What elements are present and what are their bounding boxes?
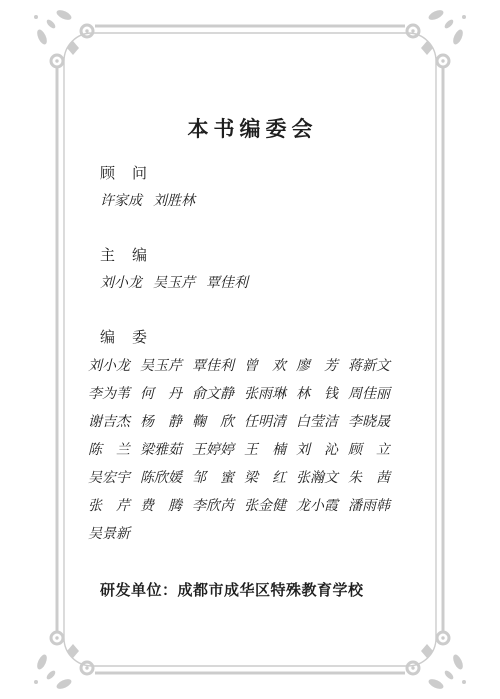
member-name: 白莹洁 [296, 415, 338, 443]
member-name: 王婷婷 [192, 443, 234, 471]
member-name: 王 楠 [244, 443, 286, 471]
member-name: 吴景新 [88, 527, 130, 555]
member-name: 林 钱 [296, 387, 338, 415]
member-name: 曾 欢 [244, 359, 286, 387]
member-name: 费 腾 [140, 499, 182, 527]
member-row: 陈 兰梁雅茹王婷婷王 楠刘 沁顾 立 [88, 443, 390, 471]
advisors-heading: 顾 问 [100, 166, 148, 182]
development-unit-label: 研发单位：成都市成华区特殊教育学校 [100, 583, 364, 599]
member-name: 何 丹 [140, 387, 182, 415]
member-name: 朱 茜 [348, 471, 390, 499]
member-name: 吴玉芹 [140, 359, 182, 387]
chief-editors-heading: 主 编 [100, 248, 148, 264]
person-name: 刘小龙 [100, 276, 142, 291]
member-name: 张 芹 [88, 499, 130, 527]
member-name: 谢吉杰 [88, 415, 130, 443]
person-name: 吴玉芹 [153, 276, 195, 291]
member-name: 张雨琳 [244, 387, 286, 415]
member-name: 任明清 [244, 415, 286, 443]
member-name: 吴宏宇 [88, 471, 130, 499]
member-name: 俞文静 [192, 387, 234, 415]
book-committee-page: 本书编委会 顾 问 许家成刘胜林 主 编 刘小龙吴玉芹覃佳利 编 委 刘小龙吴玉… [0, 0, 500, 699]
member-name: 李欣芮 [192, 499, 234, 527]
member-row: 李为苇何 丹俞文静张雨琳林 钱周佳丽 [88, 387, 390, 415]
person-name: 覃佳利 [206, 276, 248, 291]
member-name: 张瀚文 [296, 471, 338, 499]
member-name: 杨 静 [140, 415, 182, 443]
member-name: 鞠 欣 [192, 415, 234, 443]
member-row: 吴景新 [88, 527, 390, 555]
chief-editors-name-list: 刘小龙吴玉芹覃佳利 [100, 276, 248, 291]
member-name: 刘 沁 [296, 443, 338, 471]
page-title: 本书编委会 [0, 118, 500, 140]
member-name: 李晓晟 [348, 415, 390, 443]
person-name: 刘胜林 [153, 194, 195, 209]
member-row: 吴宏宇陈欣媛邹 蜜梁 红张瀚文朱 茜 [88, 471, 390, 499]
member-name: 张金健 [244, 499, 286, 527]
person-name: 许家成 [100, 194, 142, 209]
advisors-name-list: 许家成刘胜林 [100, 194, 195, 209]
member-name: 梁雅茹 [140, 443, 182, 471]
member-name: 顾 立 [348, 443, 390, 471]
member-row: 刘小龙吴玉芹覃佳利曾 欢廖 芳蒋新文 [88, 359, 390, 387]
member-name: 李为苇 [88, 387, 130, 415]
member-name: 廖 芳 [296, 359, 338, 387]
member-name: 周佳丽 [348, 387, 390, 415]
member-name: 梁 红 [244, 471, 286, 499]
member-name: 蒋新文 [348, 359, 390, 387]
member-name: 龙小霞 [296, 499, 338, 527]
editorial-board-member-grid: 刘小龙吴玉芹覃佳利曾 欢廖 芳蒋新文李为苇何 丹俞文静张雨琳林 钱周佳丽谢吉杰杨… [88, 359, 390, 555]
member-name: 邹 蜜 [192, 471, 234, 499]
member-name: 覃佳利 [192, 359, 234, 387]
editorial-board-heading: 编 委 [100, 330, 148, 346]
member-row: 张 芹费 腾李欣芮张金健龙小霞潘雨韩 [88, 499, 390, 527]
member-name: 陈欣媛 [140, 471, 182, 499]
member-name: 潘雨韩 [348, 499, 390, 527]
member-name: 陈 兰 [88, 443, 130, 471]
member-name: 刘小龙 [88, 359, 130, 387]
member-row: 谢吉杰杨 静鞠 欣任明清白莹洁李晓晟 [88, 415, 390, 443]
